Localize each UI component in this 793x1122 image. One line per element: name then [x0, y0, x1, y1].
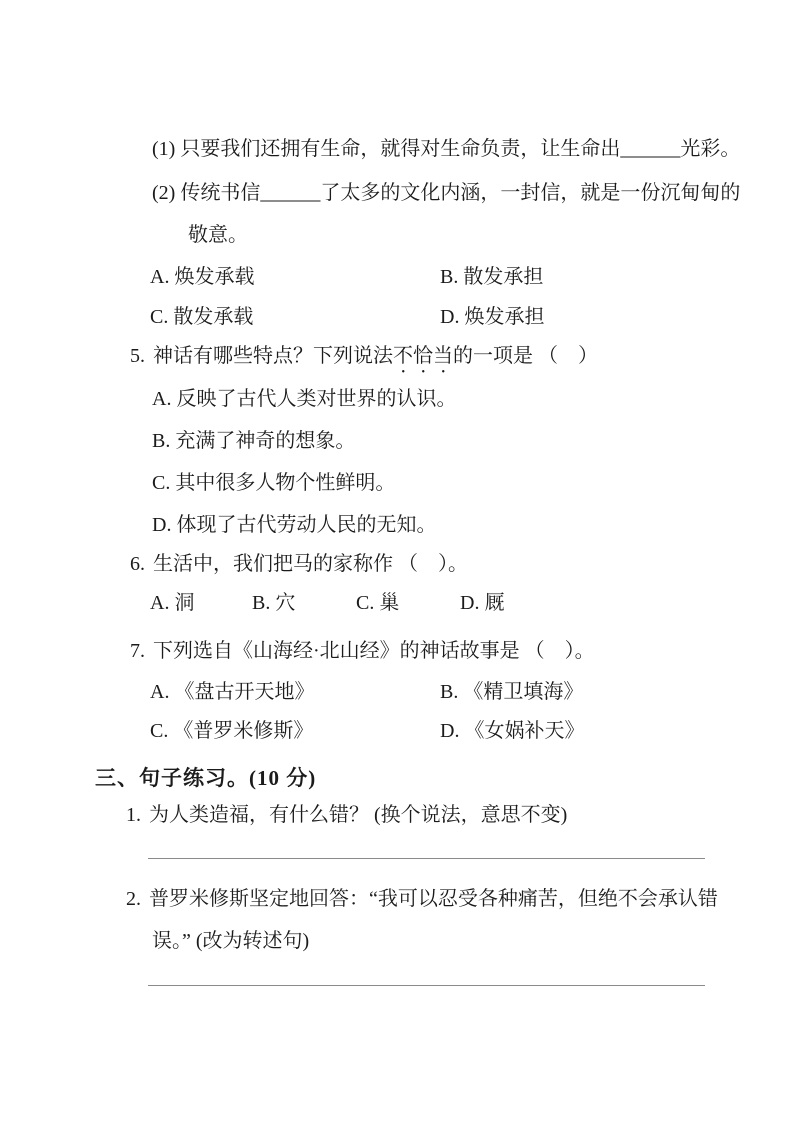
q4-option-b: B. 散发承担: [440, 266, 543, 289]
q6-number: 6.: [130, 553, 145, 576]
q5-stem-after: 的一项是 （ ）: [453, 345, 598, 367]
q4-item-1: (1) 只要我们还拥有生命，就得对生命负责，让生命出______光彩。: [152, 138, 740, 161]
answer-line-2: [148, 985, 705, 986]
q7-option-a: A. 《盘古开天地》: [150, 681, 314, 704]
q4-options-row-1: A. 焕发承载 B. 散发承担: [0, 266, 793, 294]
section3-q1: 1.为人类造福，有什么错？ (换个说法，意思不变): [126, 804, 567, 827]
q5-stem-before: 神话有哪些特点？下列说法: [153, 345, 393, 367]
q5-option-b: B. 充满了神奇的想象。: [152, 430, 355, 453]
section3-q1-number: 1.: [126, 804, 141, 827]
q5-number: 5.: [130, 345, 145, 368]
q5-option-c: C. 其中很多人物个性鲜明。: [152, 472, 395, 495]
q7-options-row-1: A. 《盘古开天地》 B. 《精卫填海》: [0, 681, 793, 709]
q7-option-d: D. 《女娲补天》: [440, 720, 584, 743]
q6-option-d: D. 厩: [460, 592, 504, 615]
q6-option-b: B. 穴: [252, 592, 295, 615]
q6-stem-text: 生活中，我们把马的家称作 （ ）。: [153, 553, 468, 575]
q7-stem-text: 下列选自《山海经·北山经》的神话故事是 （ ）。: [153, 640, 595, 662]
q7-stem: 7.下列选自《山海经·北山经》的神话故事是 （ ）。: [130, 640, 595, 663]
exam-paper-page: (1) 只要我们还拥有生命，就得对生命负责，让生命出______光彩。 (2) …: [0, 0, 793, 1122]
q4-option-d: D. 焕发承担: [440, 306, 544, 329]
q7-option-c: C. 《普罗米修斯》: [150, 720, 313, 743]
q4-option-c: C. 散发承载: [150, 306, 253, 329]
q6-option-c: C. 巢: [356, 592, 399, 615]
q5-option-d: D. 体现了古代劳动人民的无知。: [152, 514, 436, 537]
section3-heading: 三、句子练习。(10 分): [95, 766, 316, 790]
q6-options-row: A. 洞 B. 穴 C. 巢 D. 厩: [0, 592, 793, 620]
q4-item-2-line2: 敬意。: [188, 224, 248, 247]
section3-q1-text: 为人类造福，有什么错？ (换个说法，意思不变): [149, 804, 567, 826]
section3-q2-number: 2.: [126, 888, 141, 911]
q5-stem: 5.神话有哪些特点？下列说法不恰当的一项是 （ ）: [130, 345, 598, 378]
q6-stem: 6.生活中，我们把马的家称作 （ ）。: [130, 553, 468, 576]
q7-option-b: B. 《精卫填海》: [440, 681, 583, 704]
q4-item-2-line1: (2) 传统书信______了太多的文化内涵，一封信，就是一份沉甸甸的: [152, 182, 740, 205]
q5-stem-emphasized: 不恰当: [393, 345, 453, 367]
q6-option-a: A. 洞: [150, 592, 194, 615]
q7-number: 7.: [130, 640, 145, 663]
q4-options-row-2: C. 散发承载 D. 焕发承担: [0, 306, 793, 334]
section3-q2-line2: 误。” (改为转述句): [152, 930, 309, 953]
section3-q2-line1: 2.普罗米修斯坚定地回答：“我可以忍受各种痛苦，但绝不会承认错: [126, 888, 718, 911]
q7-options-row-2: C. 《普罗米修斯》 D. 《女娲补天》: [0, 720, 793, 748]
q4-option-a: A. 焕发承载: [150, 266, 254, 289]
answer-line-1: [148, 858, 705, 859]
q5-option-a: A. 反映了古代人类对世界的认识。: [152, 388, 456, 411]
section3-q2-text-line1: 普罗米修斯坚定地回答：“我可以忍受各种痛苦，但绝不会承认错: [149, 888, 718, 910]
